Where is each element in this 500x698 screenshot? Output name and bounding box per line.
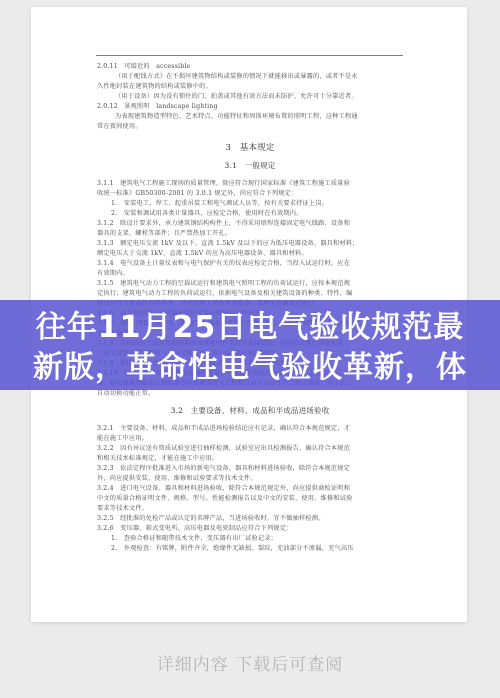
paragraph-line: 为表现建筑物造型特色、艺术特点、功能特征和周围环境布置的照明工程，这种工程通 [97, 112, 403, 122]
paragraph-line: 3.2.4 进口电气设备、器具和材料进场验收，除符合本规范规定外，尚应提供商检证… [97, 484, 403, 494]
list-item: 2. 外观检查：有铭牌，附件齐全，绝缘件无缺损、裂纹，充油部分不渗漏，充气高压 [97, 544, 403, 554]
paragraph-line: 要求等技术文件。 [97, 504, 403, 514]
paragraph-line: 能在施工中应用。 [97, 434, 403, 444]
paragraph-line: 3.1.2 除设计要求外，承力建筑钢结构构件上，不得采用熔焊连接固定电气线路、设… [97, 219, 403, 229]
download-hint[interactable]: 详细内容 下载后可查阅 [0, 650, 500, 675]
paragraph-line: 器具的支架、螺栓等部件；且严禁热加工开孔。 [97, 229, 403, 239]
banner-title-line-1: 往年11月25日电气验收规范最 [0, 308, 500, 348]
banner-title-line-2: 新版，革命性电气验收革新，体 [0, 348, 500, 388]
section-title-general: 3.1 一般规定 [97, 160, 403, 171]
paragraph-line: 自动切换功能正常。 [97, 389, 403, 399]
paragraph-line: 3.2.6 变压器、箱式变电所、高压电器及电瓷制品应符合下列规定： [97, 524, 403, 534]
list-item: 1. 查验合格证和随带技术文件，变压器有出厂试验记录； [97, 534, 403, 544]
paragraph-line: 中文的质量合格证明文件、规格、型号、性能检测报告以及中文的安装、使用、维修和试验 [97, 494, 403, 504]
acceptance-block: 3.2.1 主要设备、材料、成品和半成品进场检验结论应有记录，确认符合本规范规定… [97, 424, 403, 554]
paragraph-line: 收统一标准》GB50300-2001 的 3.0.1 规定外，尚应符合下列规定： [97, 189, 403, 199]
paragraph-line: 3.1.3 额定电压交流 1kV 及以下、直流 1.5kV 及以下的应为低压电器… [97, 239, 403, 249]
paragraph-line: 3.2.2 因有异议送有资质试验室进行抽样检测，试验室应出具检测报告，确认符合本… [97, 444, 403, 454]
paragraph-line: 定执行；建筑电气动力工程的负荷试运行，依据电气设备及相关建筑设备的种类、特性，编 [97, 289, 403, 299]
paragraph-line: 常在夜间使用。 [97, 122, 403, 132]
paragraph-line: 3.2.1 主要设备、材料、成品和半成品进场检验结论应有记录，确认符合本规范规定… [97, 424, 403, 434]
paragraph-line: 3.1.4 电气设备上计量仪表和与电气保护有关的仪表应检定合格，当投入试运行时，… [97, 259, 403, 269]
definitions-block: 2.0.11 可接近的 accessible（用于配线方式）在不损坏建筑物结构或… [97, 62, 403, 132]
paragraph-line: 久性地封装在建筑物的结构或装修中的。 [97, 82, 403, 92]
paragraph-line: 外，尚应提供安装、使用、维修和试验要求等技术文件。 [97, 474, 403, 484]
list-item: 2. 安装和调试用各类计量器具，应检定合格，使用时在有效期内。 [97, 209, 403, 219]
term-heading: 2.0.11 可接近的 accessible [97, 62, 403, 72]
paragraph-line: 有效期内。 [97, 269, 403, 279]
paragraph-line: 3.2.5 经批准的免检产品或认定的名牌产品，当进场验收时，宜不做抽样检测。 [97, 514, 403, 524]
paragraph-line: （用于设备）因为没有锁住的门、拍盖或其他有效方法而未防护，允许可十分靠近者。 [97, 92, 403, 102]
paragraph-line: 额定电压大于交流 1kV、直流 1.5kV 的应为高压电器设备、器具和材料。 [97, 249, 403, 259]
section-title-acceptance: 3.2 主要设备、材料、成品和半成品进场验收 [97, 405, 403, 416]
document-preview: 2.0.11 可接近的 accessible（用于配线方式）在不损坏建筑物结构或… [0, 0, 500, 698]
chapter-title: 3 基本规定 [97, 142, 403, 154]
paragraph-line: （用于配线方式）在不损坏建筑物结构或装修的情况下就能移出或暴露的，或者不是永 [97, 72, 403, 82]
header-rule [96, 55, 403, 56]
paragraph-line: 3.2.3 依法定程序批准进入市场的新电气设备、器具和材料进场验收，除符合本规范… [97, 464, 403, 474]
banner-title: 往年11月25日电气验收规范最 新版，革命性电气验收革新，体 [0, 300, 500, 390]
paragraph-line: 3.1.1 建筑电气工程施工现场的质量管理，除应符合现行国家标准《建筑工程施工质… [97, 179, 403, 189]
paragraph-line: 和相关技术标准规定，才能在施工中应用。 [97, 454, 403, 464]
paragraph-line: 3.1.5 建筑电气动力工程的空载试运行和建筑电气照明工程的负荷试运行，应按本规… [97, 279, 403, 289]
term-heading: 2.0.12 景观照明 landscape lighting [97, 102, 403, 112]
list-item: 1. 安装电工、焊工、起重吊装工和电气调试人员等，按有关要求持证上岗。 [97, 199, 403, 209]
